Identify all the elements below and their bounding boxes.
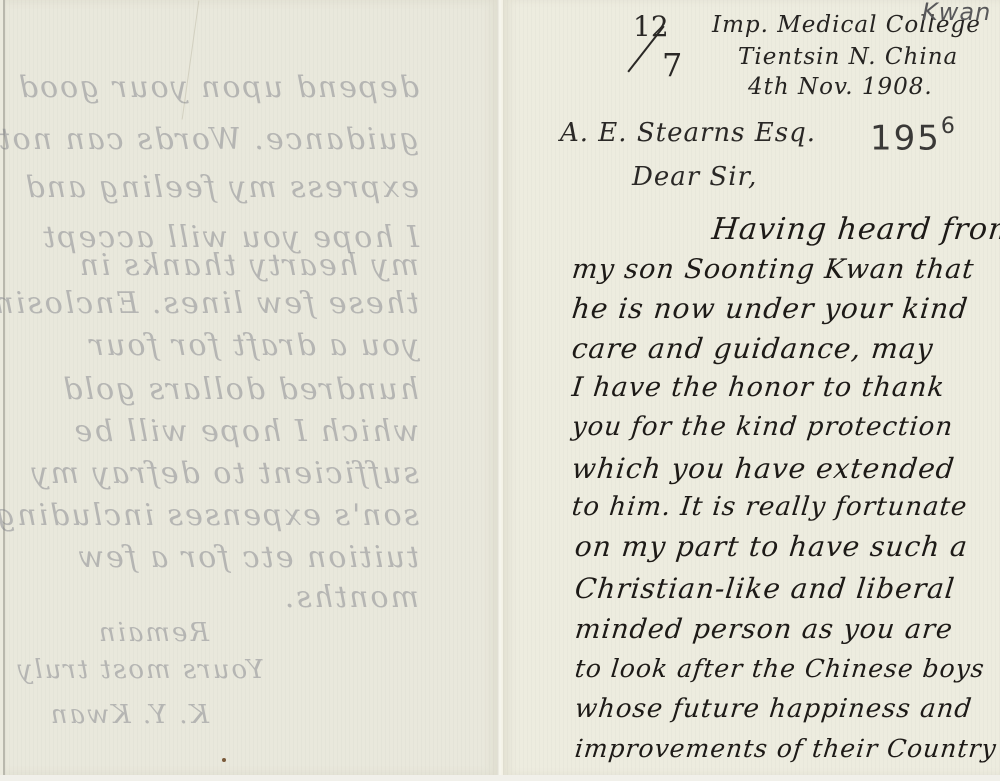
ghost-line: express my feeling and	[23, 170, 419, 205]
letter-date: 4th Nov. 1908.	[748, 74, 933, 100]
ghost-line: which I hope will be	[73, 414, 419, 449]
body-line: to him. It is really fortunate	[570, 492, 969, 522]
reference-denominator: 7	[662, 46, 682, 84]
ghost-valediction: Yours most truly	[16, 655, 264, 685]
ghost-line: you a draft for four	[88, 328, 419, 363]
addressee: A. E. Stearns Esq.	[560, 118, 816, 148]
body-line: you for the kind protection	[570, 412, 954, 442]
letter-scan: depend upon your good guidance. Words ca…	[0, 0, 1000, 781]
ghost-signature: K. Y. Kwan	[49, 700, 209, 730]
body-line: Having heard from	[710, 212, 1000, 247]
ghost-line: months.	[283, 580, 419, 615]
archive-number-main: 195	[870, 118, 941, 158]
pencil-annotation: Kwan	[922, 0, 991, 26]
body-line: I have the honor to thank	[570, 372, 946, 403]
scan-bottom-edge	[0, 775, 1000, 781]
ghost-line: these few lines. Enclosing	[0, 286, 419, 321]
mirrored-text-layer: depend upon your good guidance. Words ca…	[5, 0, 499, 775]
ghost-line: my hearty thanks in	[78, 248, 419, 283]
salutation: Dear Sir,	[632, 162, 757, 192]
body-line: on my part to have such a	[573, 530, 969, 563]
left-page-bleed-through: depend upon your good guidance. Words ca…	[3, 0, 499, 775]
ghost-closing: Remain	[97, 618, 209, 648]
ghost-line: guidance. Words can not	[0, 122, 419, 157]
ink-spot	[222, 758, 226, 762]
ghost-line: sufficient to defray my	[30, 456, 419, 491]
body-line: which you have extended	[570, 452, 956, 485]
ghost-line: son's expenses including	[0, 498, 419, 533]
body-line: care and guidance, may	[570, 332, 935, 365]
body-line: improvements of their Country	[573, 734, 998, 763]
letterhead-location: Tientsin N. China	[738, 44, 958, 70]
archive-number-sup: 6	[941, 114, 957, 139]
body-line: minded person as you are	[573, 614, 954, 645]
body-line: whose future happiness and	[573, 694, 973, 724]
body-line: Christian-like and liberal	[573, 572, 956, 605]
body-line: he is now under your kind	[570, 292, 970, 325]
body-line: my son Soonting Kwan that	[570, 254, 975, 285]
ghost-line: depend upon your good	[17, 70, 419, 105]
archive-number: 1956	[870, 118, 957, 158]
ghost-line: hundred dollars gold	[61, 372, 419, 407]
body-line: to look after the Chinese boys	[573, 654, 986, 683]
ghost-line: tuition etc for a few	[76, 540, 419, 575]
